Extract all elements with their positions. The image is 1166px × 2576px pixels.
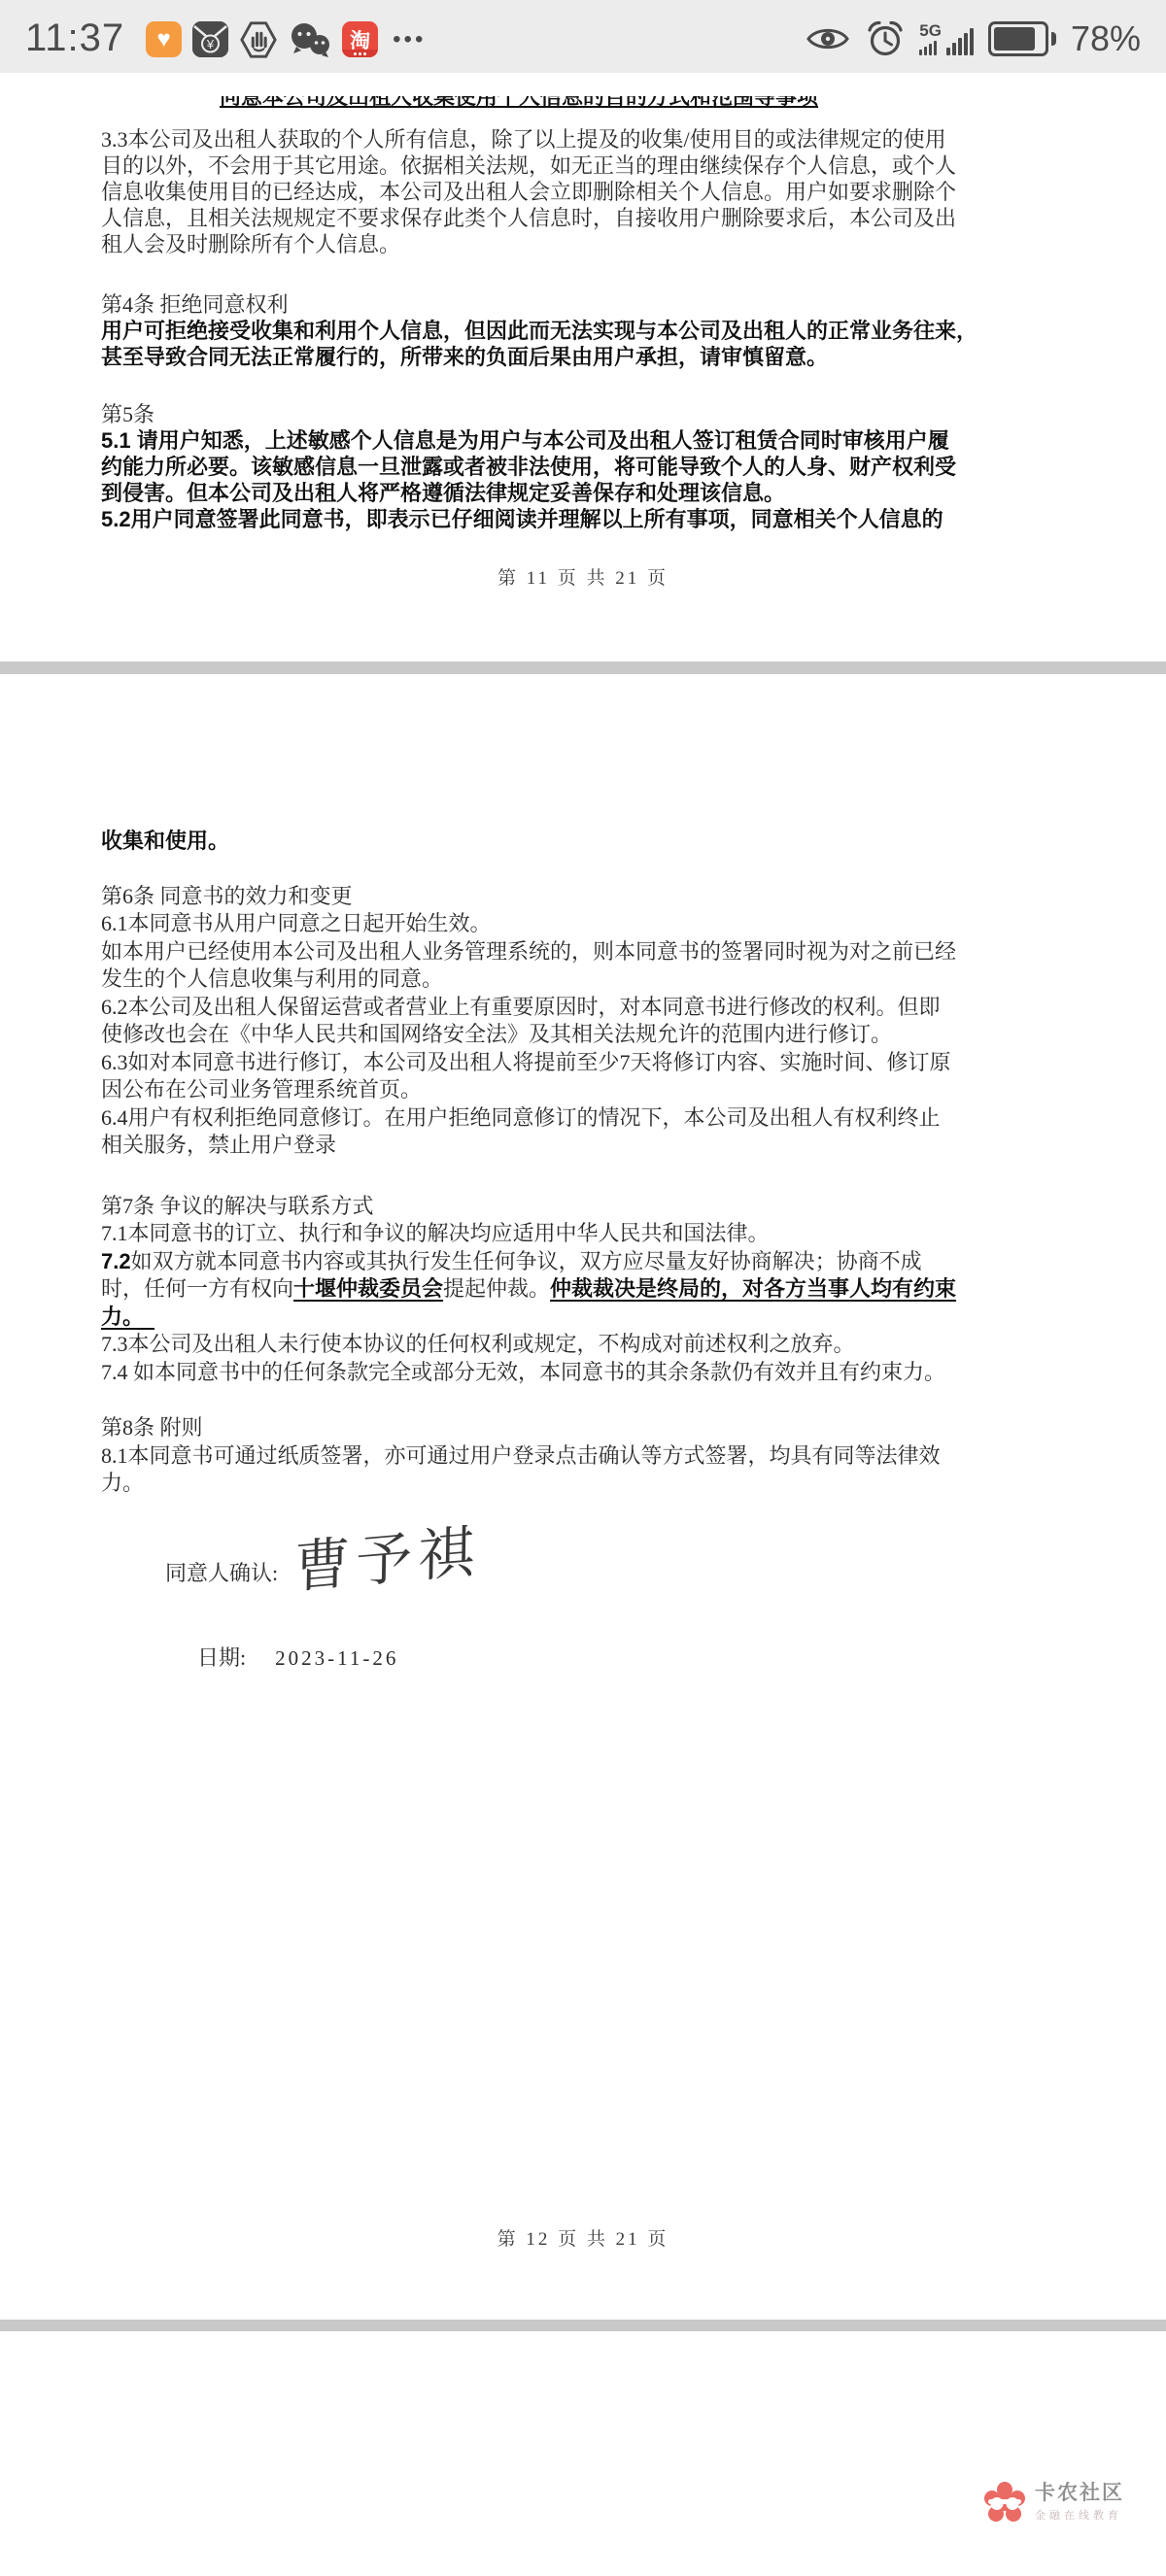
status-indicators: 5G 78%	[805, 18, 1141, 59]
svg-text:¥: ¥	[206, 37, 215, 51]
watermark-subtitle: 金融在线教育	[1035, 2507, 1124, 2523]
signature-row: 同意人确认: 曹予祺	[165, 1557, 1084, 1584]
document-page-11: 同意本公司及出租人收集使用个人信息的目的方式和范围等事项 3.3本公司及出租人获…	[0, 73, 1166, 661]
signal-bars-sim2	[919, 41, 937, 55]
taobao-icon: 淘	[342, 21, 378, 57]
date-row: 日期: 2023-11-26	[197, 1642, 1084, 1672]
page-gap-divider-2	[0, 2320, 1166, 2331]
signal-icon: 5G	[919, 22, 974, 55]
stop-hand-icon	[239, 20, 278, 59]
heart-glyph: ♥	[157, 28, 171, 51]
handwritten-signature: 曹予祺	[293, 1505, 481, 1603]
red-packet-icon: ¥	[192, 21, 228, 57]
battery-percent: 78%	[1071, 18, 1141, 59]
more-notifications-icon: •••	[393, 26, 426, 53]
phone-screen[interactable]: 11:37 ♥ ¥	[0, 0, 1166, 2576]
date-label: 日期:	[197, 1642, 246, 1672]
page12-lines: 收集和使用。第6条 同意书的效力和变更6.1本同意书从用户同意之日起开始生效。如…	[101, 828, 1084, 1498]
page12-footer: 第 12 页 共 21 页	[0, 2224, 1166, 2251]
wechat-icon	[289, 21, 331, 58]
eye-icon	[805, 24, 851, 53]
taobao-banner	[342, 50, 378, 57]
network-type-label: 5G	[919, 22, 942, 39]
heart-app-icon: ♥	[146, 21, 182, 57]
signature-label: 同意人确认:	[165, 1557, 278, 1587]
notification-icons: ♥ ¥	[146, 20, 426, 59]
page11-footer: 第 11 页 共 21 页	[0, 563, 1166, 590]
status-bar: 11:37 ♥ ¥	[0, 0, 1166, 73]
clock-time: 11:37	[25, 17, 124, 60]
kanong-logo-icon	[983, 2481, 1026, 2524]
date-value: 2023-11-26	[275, 1646, 398, 1671]
site-watermark: 卡农社区 金融在线教育	[983, 2481, 1124, 2524]
page-gap-divider	[0, 661, 1166, 674]
watermark-title: 卡农社区	[1035, 2482, 1124, 2505]
battery-icon	[988, 21, 1056, 56]
page11-lines: 3.3本公司及出租人获取的个人所有信息，除了以上提及的收集/使用目的或法律规定的…	[101, 126, 1084, 532]
signal-bars-sim1	[946, 28, 974, 55]
document-page-12: 收集和使用。第6条 同意书的效力和变更6.1本同意书从用户同意之日起开始生效。如…	[0, 674, 1166, 2320]
alarm-clock-icon	[866, 19, 905, 58]
clipped-textline: 同意本公司及出租人收集使用个人信息的目的方式和范围等事项	[220, 96, 822, 110]
